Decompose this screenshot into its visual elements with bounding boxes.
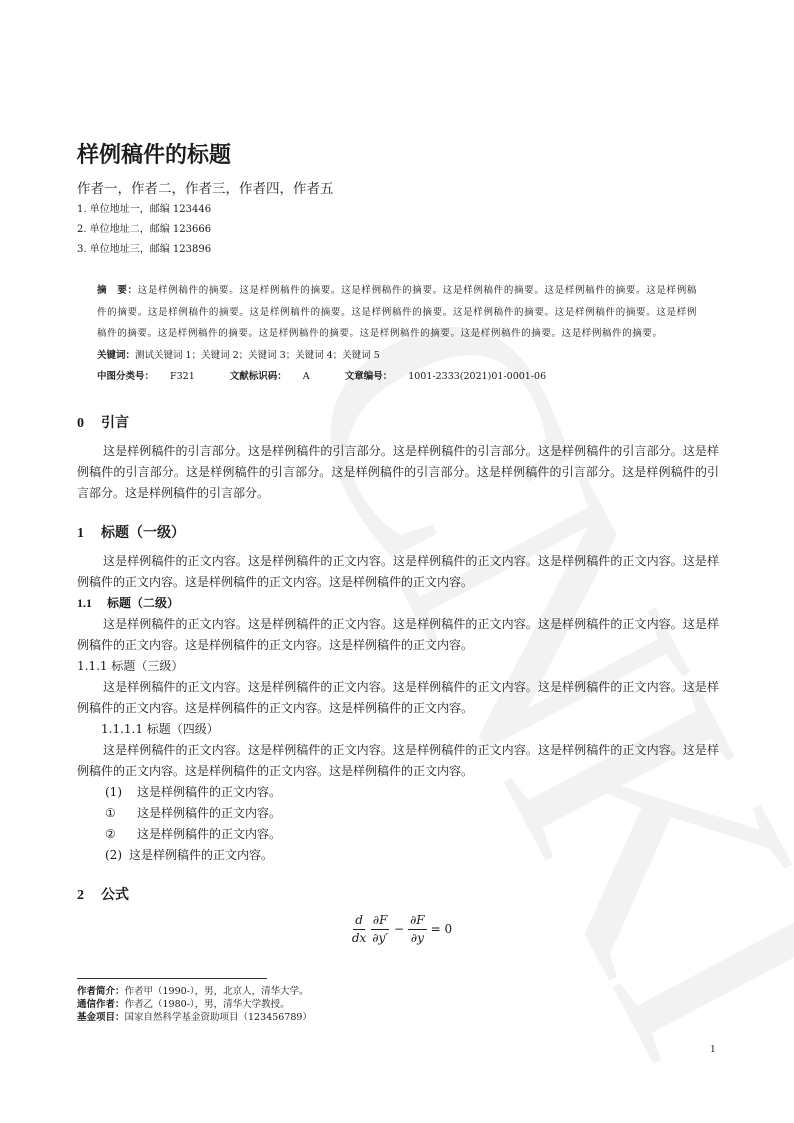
section-title: 引言 [101,415,129,431]
keywords-row: 关键词：测试关键词 1；关键词 2；关键词 3；关键词 4；关键词 5 [97,345,697,367]
section-number: 1 [77,523,101,545]
author-list: 作者一，作者二，作者三，作者四，作者五 [77,178,719,200]
section-heading-1-1-1: 1.1.1 标题（三级） [77,656,719,677]
intro-paragraph: 这是样例稿件的引言部分。这是样例稿件的引言部分。这是样例稿件的引言部分。这是样例… [77,441,719,504]
denominator: ∂y [409,930,426,946]
numerator: ∂F [408,913,427,930]
list-marker: (1) [105,782,137,803]
abstract: 摘 要：这是样例稿件的摘要。这是样例稿件的摘要。这是样例稿件的摘要。这是样例稿件… [97,280,697,345]
list-marker: ① [105,803,137,824]
abstract-block: 摘 要：这是样例稿件的摘要。这是样例稿件的摘要。这是样例稿件的摘要。这是样例稿件… [97,280,697,388]
list-item: (1)这是样例稿件的正文内容。 [105,782,719,803]
footnote-label: 通信作者： [77,999,125,1010]
section-heading-1: 1标题（一级） [77,522,719,545]
footnote-text: 国家自然科学基金资助项目（123456789） [125,1012,312,1023]
abstract-label: 摘 要： [97,285,138,296]
denominator: ∂y′ [370,930,390,946]
footnote-corresponding-author: 通信作者：作者乙（1980-），男，清华大学教授。 [77,998,477,1011]
paper-content: 样例稿件的标题 作者一，作者二，作者三，作者四，作者五 1. 单位地址一，邮编 … [77,140,719,946]
footnote-divider [77,978,267,979]
footnote-label: 作者简介： [77,986,125,997]
section-heading-1-1-1-1: 1.1.1.1 标题（四级） [101,719,719,740]
list-marker: ② [105,824,137,845]
fraction: ∂F∂y′ [370,913,390,946]
section-number: 0 [77,413,101,435]
numerator: d [353,913,365,930]
section-heading-1-1: 1.1标题（二级） [77,593,719,614]
equals-zero: = 0 [431,922,453,936]
list-item: (2)这是样例稿件的正文内容。 [105,845,719,866]
doc-code-value: A [303,371,310,382]
section-1-paragraph: 这是样例稿件的正文内容。这是样例稿件的正文内容。这是样例稿件的正文内容。这是样例… [77,551,719,593]
section-title: 标题（二级） [107,596,179,610]
minus-operator: − [394,922,404,936]
section-title: 公式 [101,887,129,903]
clc-field: 中图分类号：F321 [97,371,211,382]
article-no-value: 1001-2333(2021)01-0001-06 [408,371,546,382]
keywords-label: 关键词： [97,350,135,361]
euler-lagrange-equation: ddx∂F∂y′−∂F∂y= 0 [77,913,719,946]
paper-title: 样例稿件的标题 [77,140,719,172]
footnotes: 作者简介：作者甲（1990-），男，北京人，清华大学。 通信作者：作者乙（198… [77,978,477,1024]
section-heading-intro: 0引言 [77,412,719,435]
section-title: 标题（一级） [101,525,185,541]
section-number: 1.1 [77,593,107,614]
list-text: 这是样例稿件的正文内容。 [137,785,281,799]
clc-label: 中图分类号： [97,371,154,382]
footnote-label: 基金项目： [77,1012,125,1023]
list-text: 这是样例稿件的正文内容。 [137,827,281,841]
footnote-funding: 基金项目：国家自然科学基金资助项目（123456789） [77,1011,477,1024]
section-number: 2 [77,885,101,907]
abstract-text: 这是样例稿件的摘要。这是样例稿件的摘要。这是样例稿件的摘要。这是样例稿件的摘要。… [97,285,697,339]
article-no-label: 文章编号： [345,371,393,382]
affiliation-1: 1. 单位地址一，邮编 123446 [77,200,719,220]
clc-value: F321 [170,371,195,382]
footnote-text: 作者乙（1980-），男，清华大学教授。 [125,999,290,1010]
list-item: ②这是样例稿件的正文内容。 [105,824,719,845]
fraction: ∂F∂y [408,913,427,946]
section-heading-2: 2公式 [77,884,719,907]
affiliation-3: 3. 单位地址三，邮编 123896 [77,240,719,260]
keywords-text: 测试关键词 1；关键词 2；关键词 3；关键词 4；关键词 5 [135,350,380,361]
classification-row: 中图分类号：F321 文献标识码：A 文章编号：1001-2333(2021)0… [97,366,697,388]
list-item: ①这是样例稿件的正文内容。 [105,803,719,824]
doc-code-label: 文献标识码： [230,371,287,382]
paper-page: CNKI 样例稿件的标题 作者一，作者二，作者三，作者四，作者五 1. 单位地址… [0,0,794,1123]
fraction: ddx [350,913,368,946]
section-1-1-1-1-paragraph: 这是样例稿件的正文内容。这是样例稿件的正文内容。这是样例稿件的正文内容。这是样例… [77,740,719,782]
section-1-1-1-paragraph: 这是样例稿件的正文内容。这是样例稿件的正文内容。这是样例稿件的正文内容。这是样例… [77,677,719,719]
list-text: 这是样例稿件的正文内容。 [137,806,281,820]
list-marker: (2) [105,845,129,866]
list-text: 这是样例稿件的正文内容。 [129,848,273,862]
numerator: ∂F [371,913,390,930]
affiliation-2: 2. 单位地址二，邮编 123666 [77,220,719,240]
page-number: 1 [710,1043,716,1055]
footnote-text: 作者甲（1990-），男，北京人，清华大学。 [125,986,309,997]
section-1-1-paragraph: 这是样例稿件的正文内容。这是样例稿件的正文内容。这是样例稿件的正文内容。这是样例… [77,614,719,656]
denominator: dx [350,930,368,946]
article-no-field: 文章编号：1001-2333(2021)01-0001-06 [345,371,562,382]
doc-code-field: 文献标识码：A [230,371,326,382]
footnote-author-bio: 作者简介：作者甲（1990-），男，北京人，清华大学。 [77,985,477,998]
